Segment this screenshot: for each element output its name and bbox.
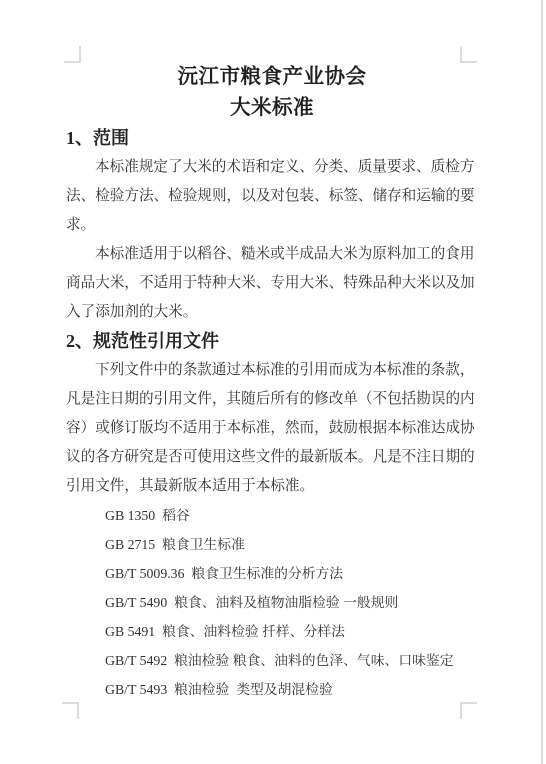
crop-mark-bottom-left	[62, 702, 79, 719]
document-content: 沅江市粮食产业协会 大米标准 1、范围 本标准规定了大米的术语和定义、分类、质量…	[66, 62, 478, 704]
reference-item: GB 1350 稻谷	[66, 501, 478, 530]
crop-mark-top-right	[460, 46, 477, 63]
reference-item: GB/T 5490 粮食、油料及植物油脂检验 一般规则	[66, 588, 478, 617]
crop-mark-bottom-right	[460, 702, 477, 719]
section-1-heading: 1、范围	[66, 124, 478, 153]
section-1-paragraph-2-line: 本标准适用于以稻谷、糙米或半成品大米为原料加工的食用	[66, 240, 478, 269]
reference-item: GB 5491 粮食、油料检验 扦样、分样法	[66, 617, 478, 646]
reference-item: GB 2715 粮食卫生标准	[66, 530, 478, 559]
document-title-line-2: 大米标准	[66, 93, 478, 124]
section-2-paragraph-line: 议的各方研究是否可使用这些文件的最新版本。凡是不注日期的	[66, 443, 478, 472]
reference-item: GB/T 5009.36 粮食卫生标准的分析方法	[66, 559, 478, 588]
section-2-heading: 2、规范性引用文件	[66, 327, 478, 356]
section-1-paragraph-1-line: 法、检验方法、检验规则，以及对包装、标签、储存和运输的要	[66, 182, 478, 211]
section-2-paragraph-line: 容）或修订版均不适用于本标准，然而，鼓励根据本标准达成协	[66, 414, 478, 443]
reference-item: GB/T 5492 粮油检验 粮食、油料的色泽、气味、口味鉴定	[66, 646, 478, 675]
section-2-paragraph-line: 下列文件中的条款通过本标准的引用而成为本标准的条款，	[66, 356, 478, 385]
document-page[interactable]: 沅江市粮食产业协会 大米标准 1、范围 本标准规定了大米的术语和定义、分类、质量…	[0, 0, 546, 764]
section-1-paragraph-2-line: 商品大米，不适用于特种大米、专用大米、特殊品种大米以及加	[66, 269, 478, 298]
document-title-line-1: 沅江市粮食产业协会	[66, 62, 478, 93]
section-1-paragraph-2-line: 入了添加剂的大米。	[66, 298, 478, 327]
section-1-paragraph-1-line: 本标准规定了大米的术语和定义、分类、质量要求、质检方	[66, 153, 478, 182]
page-edge-line	[541, 0, 543, 764]
reference-item: GB/T 5493 粮油检验 类型及胡混检验	[66, 675, 478, 704]
section-1-paragraph-1-line: 求。	[66, 211, 478, 240]
section-2-paragraph-line: 凡是注日期的引用文件，其随后所有的修改单（不包括勘误的内	[66, 385, 478, 414]
section-2-paragraph-line: 引用文件，其最新版本适用于本标准。	[66, 472, 478, 501]
crop-mark-top-left	[64, 46, 81, 63]
